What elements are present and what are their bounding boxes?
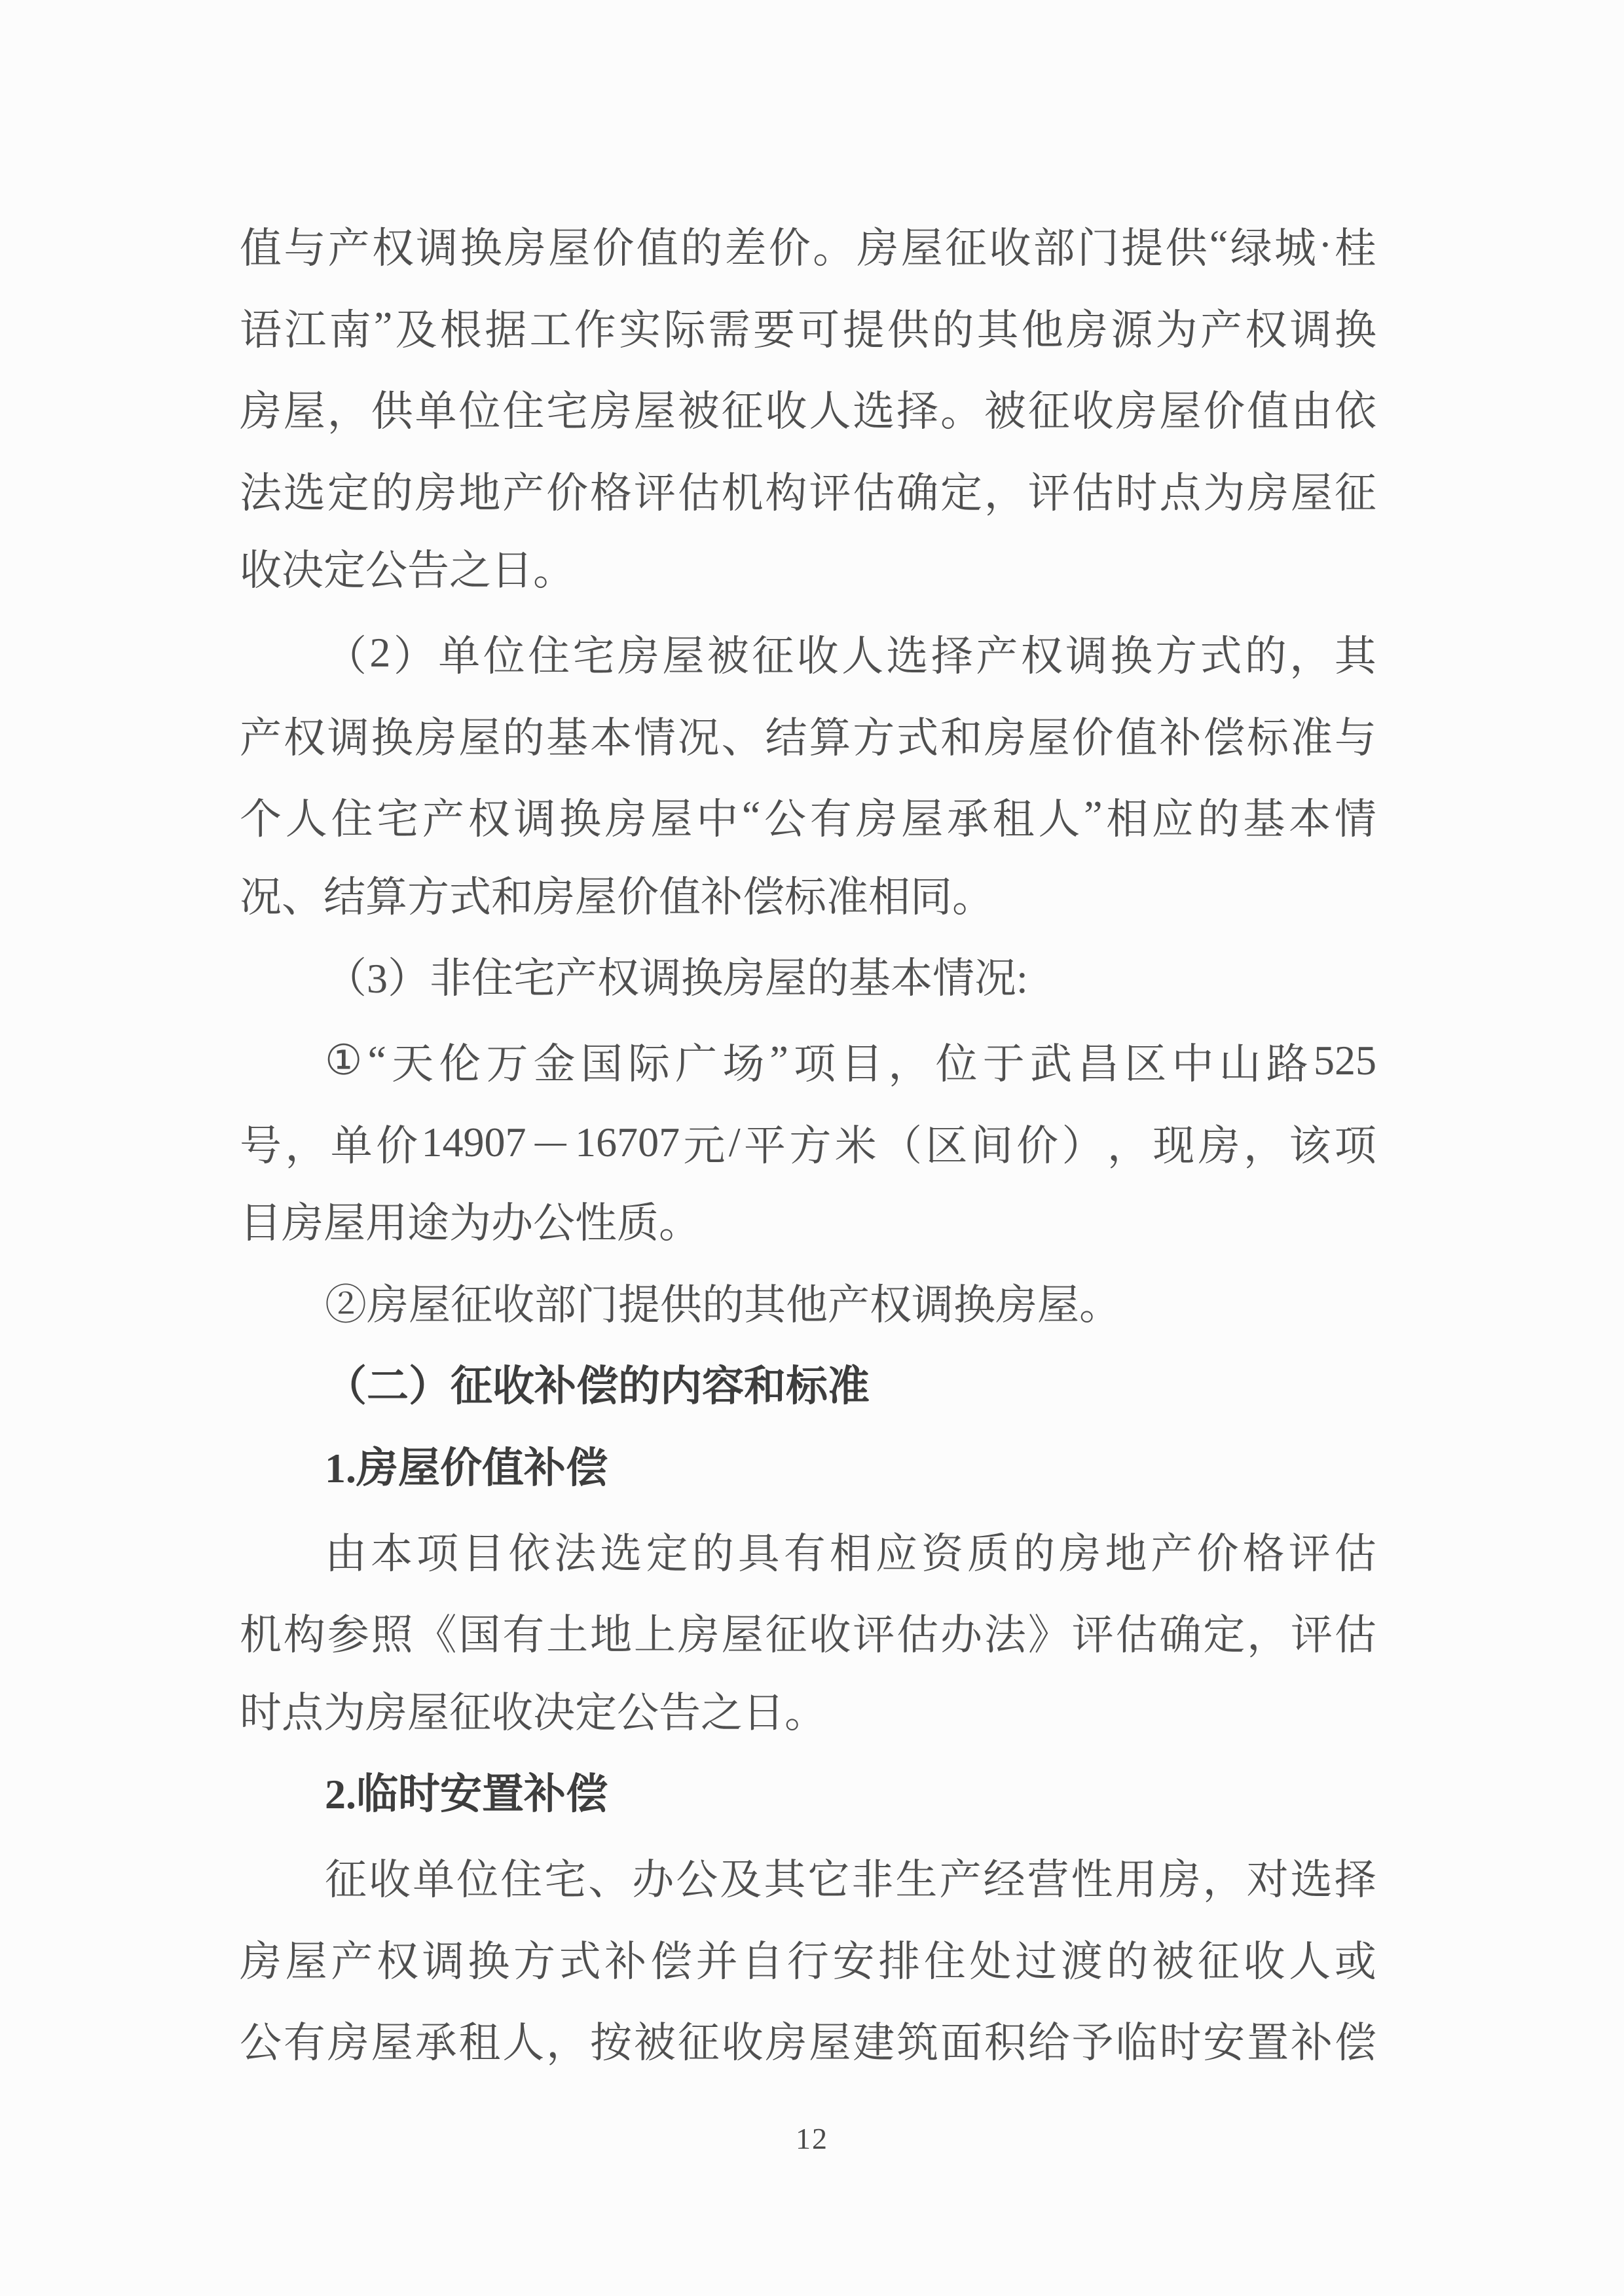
- text-line: 个人住宅产权调换房屋中“公有房屋承租人”相应的基本情: [240, 775, 1376, 857]
- heading-line: 1.房屋价值补偿: [240, 1428, 1376, 1510]
- text-line: ①“天伦万金国际广场”项目，位于武昌区中山路525: [240, 1020, 1376, 1102]
- text-line: （3）非住宅产权调换房屋的基本情况:: [240, 938, 1376, 1020]
- text-line: ②房屋征收部门提供的其他产权调换房屋。: [240, 1265, 1376, 1347]
- text-line: （2）单位住宅房屋被征收人选择产权调换方式的，其: [240, 612, 1376, 694]
- text-line: 房屋产权调换方式补偿并自行安排住处过渡的被征收人或: [240, 1917, 1376, 1999]
- text-block: 值与产权调换房屋价值的差价。房屋征收部门提供“绿城·桂语江南”及根据工作实际需要…: [240, 204, 1376, 2081]
- heading-line: （二）征收补偿的内容和标准: [240, 1346, 1376, 1428]
- text-line: 值与产权调换房屋价值的差价。房屋征收部门提供“绿城·桂: [240, 204, 1376, 286]
- text-line: 收决定公告之日。: [240, 530, 1376, 612]
- text-line: 征收单位住宅、办公及其它非生产经营性用房，对选择: [240, 1836, 1376, 1918]
- text-line: 目房屋用途为办公性质。: [240, 1183, 1376, 1265]
- heading-line: 2.临时安置补偿: [240, 1754, 1376, 1836]
- text-line: 况、结算方式和房屋价值补偿标准相同。: [240, 857, 1376, 939]
- page-footer: 12: [0, 2116, 1624, 2162]
- text-line: 号，单价14907－16707元/平方米（区间价），现房，该项: [240, 1102, 1376, 1184]
- text-line: 机构参照《国有土地上房屋征收评估办法》评估确定，评估: [240, 1591, 1376, 1673]
- text-line: 产权调换房屋的基本情况、结算方式和房屋价值补偿标准与: [240, 694, 1376, 776]
- page-number: 12: [796, 2116, 828, 2162]
- text-line: 房屋，供单位住宅房屋被征收人选择。被征收房屋价值由依: [240, 367, 1376, 449]
- document-page: 值与产权调换房屋价值的差价。房屋征收部门提供“绿城·桂语江南”及根据工作实际需要…: [0, 0, 1624, 2296]
- text-line: 语江南”及根据工作实际需要可提供的其他房源为产权调换: [240, 286, 1376, 368]
- text-line: 由本项目依法选定的具有相应资质的房地产价格评估: [240, 1510, 1376, 1592]
- text-line: 公有房屋承租人，按被征收房屋建筑面积给予临时安置补偿: [240, 1999, 1376, 2081]
- text-line: 时点为房屋征收决定公告之日。: [240, 1673, 1376, 1755]
- text-line: 法选定的房地产价格评估机构评估确定，评估时点为房屋征: [240, 449, 1376, 531]
